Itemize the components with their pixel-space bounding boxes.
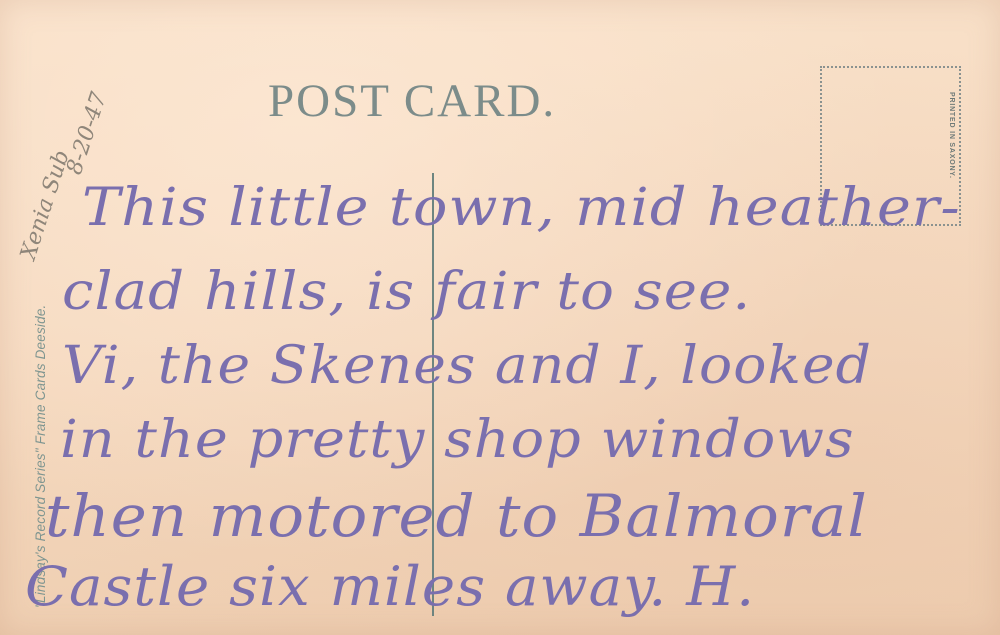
message-line: Castle six miles away. H. bbox=[25, 555, 755, 618]
postcard-back: POST CARD. PRINTED IN SAXONY. "Lindsay's… bbox=[0, 0, 1000, 635]
message-line: clad hills, is fair to see. bbox=[62, 262, 751, 322]
message-line: Vi, the Skenes and I, looked bbox=[62, 336, 872, 396]
message-line: then motored to Balmoral bbox=[45, 482, 868, 550]
message-line: in the pretty shop windows bbox=[60, 410, 855, 470]
message-line: This little town, mid heather- bbox=[82, 178, 961, 238]
handwritten-message: This little town, mid heather- clad hill… bbox=[0, 0, 1000, 635]
